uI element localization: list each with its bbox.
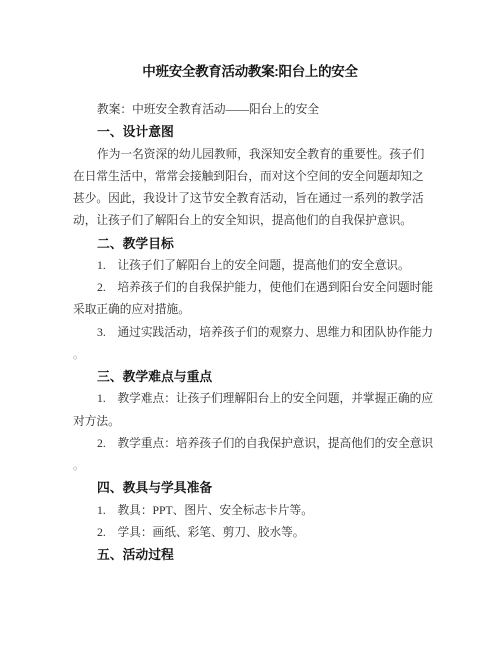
section-heading: 三、教学难点与重点 xyxy=(73,366,453,388)
section-heading: 一、设计意图 xyxy=(73,121,453,143)
text-line: 。 xyxy=(73,344,453,366)
text-line: 2. 学具：画纸、彩笔、剪刀、胶水等。 xyxy=(73,522,453,544)
text-line: 2. 培养孩子们的自我保护能力，使他们在遇到阳台安全问题时能 xyxy=(73,277,453,299)
text-line: 。 xyxy=(73,455,453,477)
text-line: 1. 让孩子们了解阳台上的安全问题，提高他们的安全意识。 xyxy=(73,255,453,277)
text-line: 在日常生活中，常常会接触到阳台，而对这个空间的安全问题却知之 xyxy=(73,166,453,188)
section-heading: 二、教学目标 xyxy=(73,233,453,255)
text-line: 动，让孩子们了解阳台上的安全知识，提高他们的自我保护意识。 xyxy=(73,210,453,232)
document-page: 中班安全教育活动教案:阳台上的安全 教案：中班安全教育活动——阳台上的安全一、设… xyxy=(0,0,500,647)
text-line: 3. 通过实践活动，培养孩子们的观察力、思维力和团队协作能力 xyxy=(73,322,453,344)
text-line: 2. 教学重点：培养孩子们的自我保护意识，提高他们的安全意识 xyxy=(73,433,453,455)
text-line: 采取正确的应对措施。 xyxy=(73,299,453,321)
document-body: 教案：中班安全教育活动——阳台上的安全一、设计意图作为一名资深的幼儿园教师，我深… xyxy=(73,99,453,566)
text-line: 1. 教学难点：让孩子们理解阳台上的安全问题，并掌握正确的应 xyxy=(73,388,453,410)
text-line: 甚少。因此，我设计了这节安全教育活动，旨在通过一系列的教学活 xyxy=(73,188,453,210)
text-line: 作为一名资深的幼儿园教师，我深知安全教育的重要性。孩子们 xyxy=(73,144,453,166)
text-line: 1. 教具：PPT、图片、安全标志卡片等。 xyxy=(73,500,453,522)
section-heading: 五、活动过程 xyxy=(73,544,453,566)
section-heading: 四、教具与学具准备 xyxy=(73,477,453,499)
document-title: 中班安全教育活动教案:阳台上的安全 xyxy=(0,64,500,80)
text-line: 对方法。 xyxy=(73,411,453,433)
text-line: 教案：中班安全教育活动——阳台上的安全 xyxy=(73,99,453,121)
